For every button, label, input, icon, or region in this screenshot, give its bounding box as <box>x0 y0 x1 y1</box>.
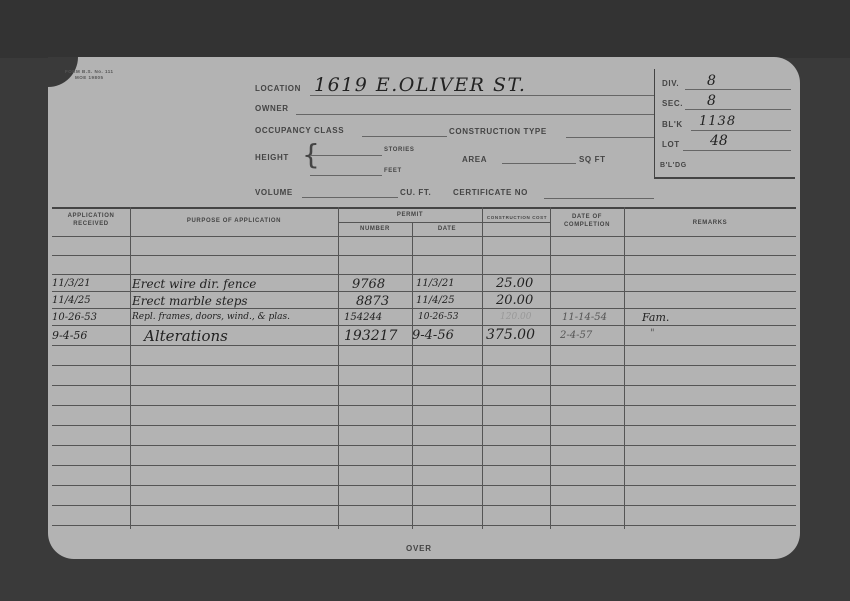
owner-line <box>296 114 654 115</box>
column-rule <box>412 222 413 529</box>
owner-label: OWNER <box>255 104 289 113</box>
certificate-label: CERTIFICATE NO <box>453 188 528 197</box>
row-rule <box>52 505 796 506</box>
row-3-remarks: Fam. <box>642 311 669 324</box>
row-2-received: 11/4/25 <box>52 295 91 306</box>
header-construction-cost: CONSTRUCTION COST <box>484 214 550 222</box>
row-3-date: 10-26-53 <box>418 312 458 322</box>
area-label: AREA <box>462 155 487 164</box>
construction-type-line <box>566 137 654 138</box>
row-2-number: 8873 <box>356 294 389 309</box>
row-rule <box>52 325 796 326</box>
row-rule <box>52 465 796 466</box>
sqft-label: SQ FT <box>579 155 606 164</box>
row-3-number: 154244 <box>344 312 382 323</box>
row-rule <box>52 445 796 446</box>
blk-line <box>691 130 791 131</box>
header-date: DATE <box>412 225 482 233</box>
area-line <box>502 163 576 164</box>
row-1-received: 11/3/21 <box>52 278 91 289</box>
row-4-purpose: Alterations <box>144 327 228 345</box>
row-4-date: 9-4-56 <box>412 328 454 343</box>
row-4-number: 193217 <box>344 328 397 344</box>
feet-line <box>310 175 382 176</box>
row-3-completion: 11-14-54 <box>562 312 607 323</box>
lot-value: 48 <box>710 133 728 149</box>
row-rule <box>52 425 796 426</box>
div-value: 8 <box>707 73 716 89</box>
header-permit: PERMIT <box>338 211 482 219</box>
row-rule <box>52 485 796 486</box>
permit-table: APPLICATION RECEIVED PURPOSE OF APPLICAT… <box>52 207 798 529</box>
row-rule <box>52 308 796 309</box>
row-1-date: 11/3/21 <box>416 278 455 289</box>
row-3-received: 10-26-53 <box>52 312 97 323</box>
form-number: FORM B.S. No. 111 MOE 19805 <box>65 69 114 81</box>
sec-line <box>685 109 791 110</box>
row-3-cost: 120.00 <box>500 312 532 322</box>
lot-label: LOT <box>662 140 680 149</box>
header-purpose: PURPOSE OF APPLICATION <box>130 217 338 225</box>
over-footer: OVER <box>406 544 432 553</box>
column-rule <box>338 207 339 529</box>
row-2-cost: 20.00 <box>496 293 533 308</box>
certificate-line <box>544 198 654 199</box>
location-label: LOCATION <box>255 84 301 93</box>
volume-line <box>302 197 398 198</box>
sec-label: SEC. <box>662 99 683 108</box>
row-4-completion: 2-4-57 <box>560 330 592 341</box>
div-line <box>685 89 791 90</box>
bldg-label: B'L'DG <box>660 162 687 169</box>
construction-type-label: CONSTRUCTION TYPE <box>449 127 547 136</box>
header-remarks: REMARKS <box>624 219 796 227</box>
feet-label: FEET <box>384 168 402 174</box>
row-4-cost: 375.00 <box>486 327 535 343</box>
height-label: HEIGHT <box>255 153 289 162</box>
stories-line <box>310 155 382 156</box>
row-rule <box>52 345 796 346</box>
row-rule <box>52 385 796 386</box>
row-3-purpose: Repl. frames, doors, wind., & plas. <box>132 312 290 322</box>
row-rule <box>52 525 796 526</box>
row-4-received: 9-4-56 <box>52 329 87 342</box>
div-label: DIV. <box>662 79 679 88</box>
row-1-purpose: Erect wire dir. fence <box>132 277 256 291</box>
header-application-received: APPLICATION RECEIVED <box>52 212 130 228</box>
blk-label: BL'K <box>662 120 683 129</box>
occupancy-class-label: OCCUPANCY CLASS <box>255 126 344 135</box>
row-rule <box>52 255 796 256</box>
row-1-cost: 25.00 <box>496 276 533 291</box>
column-rule <box>624 207 625 529</box>
row-2-date: 11/4/25 <box>416 295 455 306</box>
column-rule <box>130 207 131 529</box>
header-number: NUMBER <box>338 225 412 233</box>
column-rule <box>550 207 551 529</box>
volume-label: VOLUME <box>255 188 293 197</box>
row-4-remarks: " <box>650 328 655 339</box>
row-rule <box>52 405 796 406</box>
form-number-line-2: MOE 19805 <box>65 75 114 81</box>
cuft-label: CU. FT. <box>400 188 431 197</box>
row-rule <box>52 365 796 366</box>
location-value: 1619 E.OLIVER ST. <box>314 74 526 96</box>
stories-label: STORIES <box>384 147 414 153</box>
row-1-number: 9768 <box>352 277 385 292</box>
building-permit-card: FORM B.S. No. 111 MOE 19805 LOCATION 161… <box>48 57 800 559</box>
lot-info-box: DIV. 8 SEC. 8 BL'K 1138 LOT 48 B'L'DG <box>654 69 795 179</box>
sec-value: 8 <box>707 93 716 109</box>
table-top-rule <box>52 207 796 209</box>
row-rule <box>52 274 796 275</box>
header-date-of-completion: DATE OF COMPLETION <box>550 213 624 229</box>
blk-value: 1138 <box>699 114 736 129</box>
header-rule <box>52 236 796 237</box>
column-rule <box>482 207 483 529</box>
permit-subheader-rule <box>338 222 550 223</box>
row-rule <box>52 291 796 292</box>
occupancy-line <box>362 136 447 137</box>
scan-background <box>0 0 850 58</box>
lot-line <box>683 150 791 151</box>
row-2-purpose: Erect marble steps <box>132 294 248 308</box>
